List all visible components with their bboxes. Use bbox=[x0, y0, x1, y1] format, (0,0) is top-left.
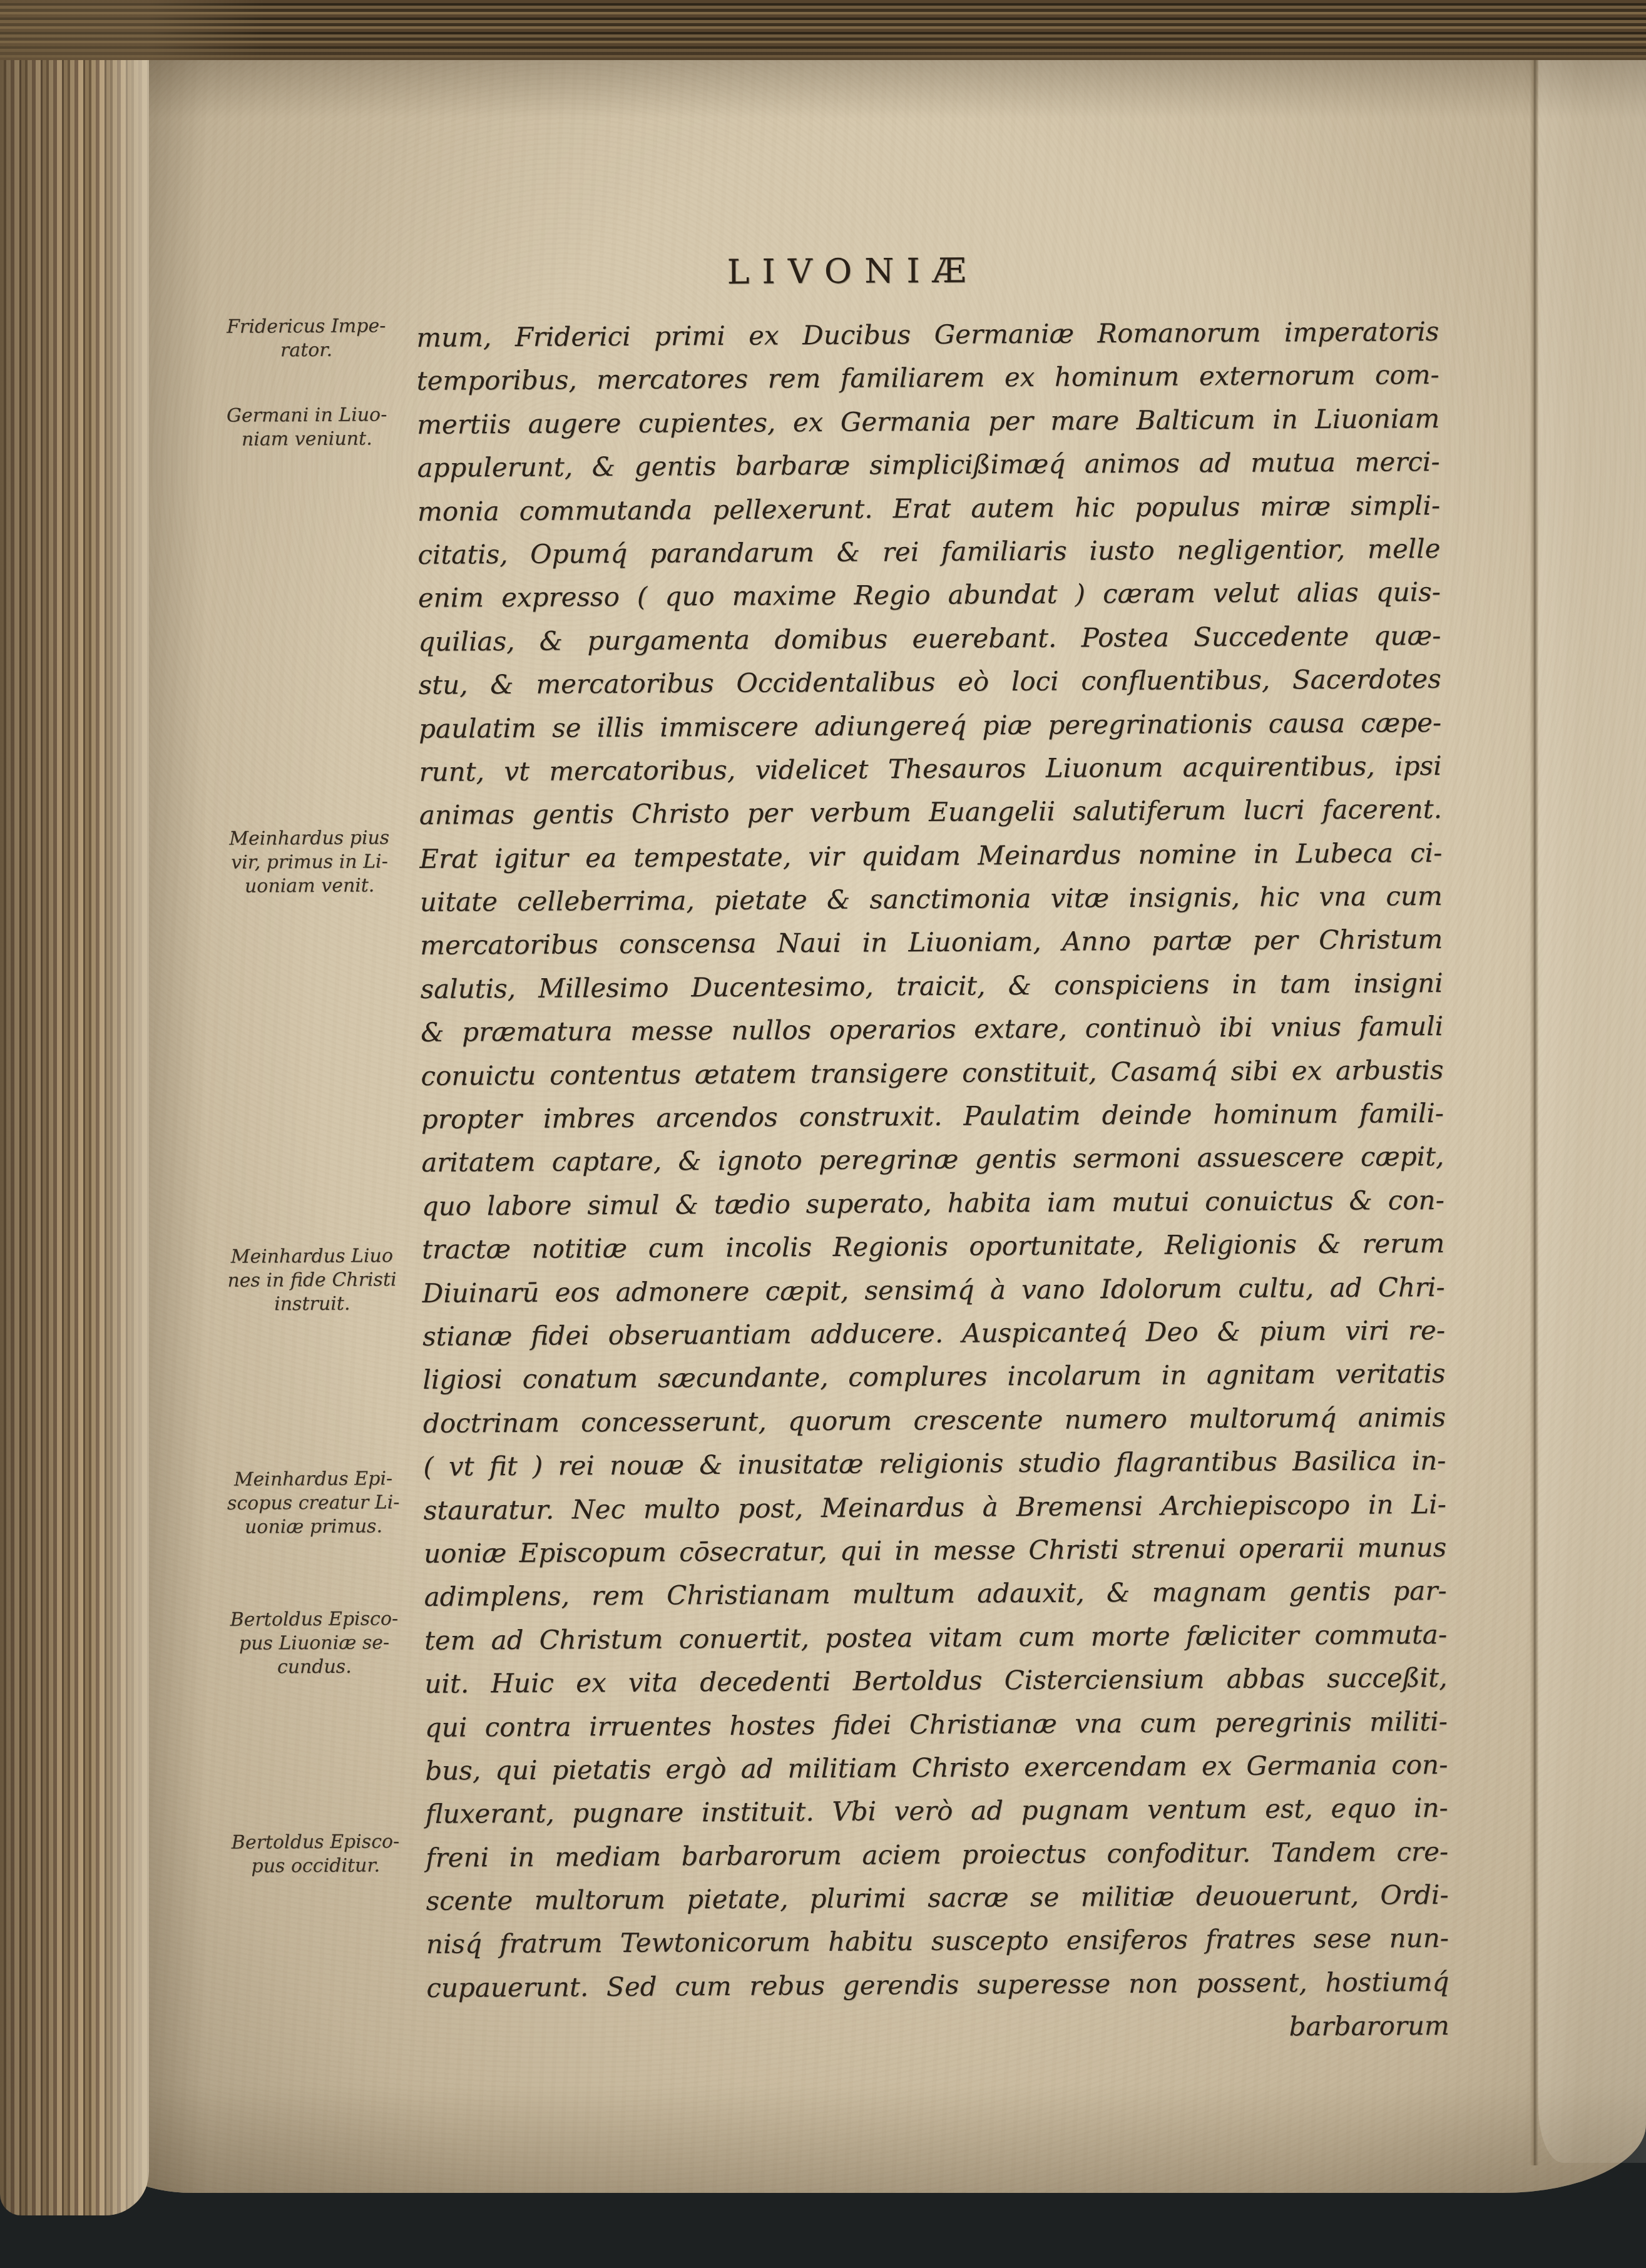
margin-note-line: Germani in Liuo- bbox=[195, 403, 418, 428]
margin-note: Bertoldus Episco-pus occiditur. bbox=[204, 1830, 427, 1879]
body-text-line: uit. Huic ex vita decedenti Bertoldus Ci… bbox=[424, 1662, 1447, 1712]
margin-note-line: Bertoldus Episco- bbox=[203, 1607, 426, 1632]
margin-note-line: vir, primus in Li- bbox=[198, 850, 421, 875]
margin-note: Meinhardus Liuones in fide Christiinstru… bbox=[200, 1244, 424, 1317]
body-text-line: Erat igitur ea tempestate, vir quidam Me… bbox=[419, 837, 1442, 887]
page-heading: LIVONIÆ bbox=[409, 250, 1297, 293]
margin-note: Meinhardus piusvir, primus in Li-uoniam … bbox=[198, 826, 421, 899]
margin-note-line: pus Liuoniæ se- bbox=[203, 1631, 426, 1656]
body-text-line: salutis, Millesimo Ducentesimo, traicit,… bbox=[421, 968, 1443, 1017]
body-text-line: aritatem captare, & ignoto peregrinæ gen… bbox=[421, 1141, 1444, 1190]
body-text-line: stianæ fidei obseruantiam adducere. Ausp… bbox=[422, 1315, 1445, 1364]
body-text-line: bus, qui pietatis ergò ad militiam Chris… bbox=[425, 1749, 1448, 1799]
body-text-line: conuictu contentus ætatem transigere con… bbox=[421, 1055, 1443, 1104]
margin-note: Germani in Liuo-niam veniunt. bbox=[195, 403, 418, 452]
body-text-line: mercatoribus conscensa Naui in Liuoniam,… bbox=[420, 924, 1443, 973]
body-text-line: stauratur. Nec multo post, Meinardus à B… bbox=[424, 1488, 1446, 1538]
margin-note: Fridericus Impe-rator. bbox=[195, 314, 417, 363]
margin-note: Bertoldus Episco-pus Liuoniæ se-cundus. bbox=[203, 1607, 426, 1680]
body-text-line: temporibus, mercatores rem familiarem ex… bbox=[417, 359, 1439, 409]
body-text-line: scente multorum pietate, plurimi sacræ s… bbox=[426, 1879, 1448, 1929]
margin-note-line: scopus creatur Li- bbox=[202, 1491, 425, 1516]
body-text-line: ( vt fit ) rei nouæ & inusitatæ religion… bbox=[423, 1445, 1446, 1494]
body-text-line: paulatim se illis immiscere adiungereq́ … bbox=[419, 707, 1441, 756]
margin-note-line: cundus. bbox=[203, 1655, 426, 1680]
catchword: barbarorum bbox=[1289, 2010, 1449, 2042]
printed-content: LIVONIÆ Fridericus Impe-rator.Germani in… bbox=[0, 0, 1646, 2268]
body-text-line: tractæ notitiæ cum incolis Regionis opor… bbox=[422, 1228, 1444, 1277]
body-text-line: qui contra irruentes hostes fidei Christ… bbox=[425, 1705, 1448, 1755]
body-text-line: Diuinarū eos admonere cæpit, sensimq́ à … bbox=[422, 1272, 1444, 1321]
body-text: mum, Friderici primi ex Ducibus Germaniæ… bbox=[416, 316, 1449, 2016]
body-text-line: monia commutanda pellexerunt. Erat autem… bbox=[417, 490, 1440, 539]
margin-note-line: Bertoldus Episco- bbox=[204, 1830, 427, 1855]
body-text-line: & præmatura messe nullos operarios extar… bbox=[421, 1011, 1443, 1060]
margin-notes: Fridericus Impe-rator.Germani in Liuo-ni… bbox=[193, 3, 429, 2268]
body-text-line: ligiosi conatum sæcundante, complures in… bbox=[422, 1358, 1445, 1407]
body-text-line: stu, & mercatoribus Occidentalibus eò lo… bbox=[419, 663, 1441, 713]
body-text-line: quilias, & purgamenta domibus euerebant.… bbox=[418, 620, 1441, 670]
body-text-line: uoniæ Episcopum cōsecratur, qui in messe… bbox=[424, 1532, 1446, 1581]
body-text-line: citatis, Opumq́ parandarum & rei familia… bbox=[417, 533, 1440, 583]
margin-note-line: uoniam venit. bbox=[198, 874, 421, 899]
body-text-line: cupauerunt. Sed cum rebus gerendis super… bbox=[426, 1966, 1449, 2016]
body-text-line: nisq́ fratrum Tewtonicorum habitu suscep… bbox=[426, 1923, 1449, 1972]
scanned-book-page: LIVONIÆ Fridericus Impe-rator.Germani in… bbox=[0, 0, 1646, 2268]
body-text-line: mum, Friderici primi ex Ducibus Germaniæ… bbox=[416, 316, 1439, 365]
body-text-line: adimplens, rem Christianam multum adauxi… bbox=[424, 1575, 1446, 1625]
margin-note-line: rator. bbox=[195, 338, 417, 363]
margin-note-line: uoniæ primus. bbox=[202, 1515, 425, 1540]
margin-note: Meinhardus Epi-scopus creatur Li-uoniæ p… bbox=[202, 1467, 425, 1540]
margin-note-line: instruit. bbox=[201, 1292, 424, 1317]
margin-note-line: nes in fide Christi bbox=[200, 1268, 423, 1293]
body-text-line: runt, vt mercatoribus, videlicet Thesaur… bbox=[419, 750, 1441, 800]
body-text-line: doctrinam concesserunt, quorum crescente… bbox=[423, 1402, 1446, 1451]
catchword-row: barbarorum bbox=[427, 2010, 1449, 2047]
body-text-line: fluxerant, pugnare instituit. Vbi verò a… bbox=[426, 1792, 1448, 1842]
body-text-line: enim expresso ( quo maxime Regio abundat… bbox=[418, 576, 1441, 626]
body-text-line: mertiis augere cupientes, ex Germania pe… bbox=[417, 403, 1439, 452]
margin-note-line: Fridericus Impe- bbox=[195, 314, 417, 339]
body-text-line: quo labore simul & tædio superato, habit… bbox=[422, 1185, 1444, 1234]
margin-note-line: niam veniunt. bbox=[195, 427, 418, 452]
margin-note-line: Meinhardus Epi- bbox=[202, 1467, 424, 1492]
body-text-line: animas gentis Christo per verbum Euangel… bbox=[419, 794, 1442, 843]
body-text-line: uitate celleberrima, pietate & sanctimon… bbox=[420, 881, 1443, 930]
body-text-line: propter imbres arcendos construxit. Paul… bbox=[421, 1098, 1444, 1147]
margin-note-line: Meinhardus pius bbox=[198, 826, 421, 851]
margin-note-line: pus occiditur. bbox=[204, 1854, 427, 1879]
margin-note-line: Meinhardus Liuo bbox=[200, 1244, 423, 1269]
body-text-line: freni in mediam barbarorum aciem proiect… bbox=[426, 1836, 1448, 1886]
body-text-line: tem ad Christum conuertit, postea vitam … bbox=[424, 1619, 1447, 1668]
body-text-line: appulerunt, & gentis barbaræ simplicißim… bbox=[417, 446, 1439, 496]
